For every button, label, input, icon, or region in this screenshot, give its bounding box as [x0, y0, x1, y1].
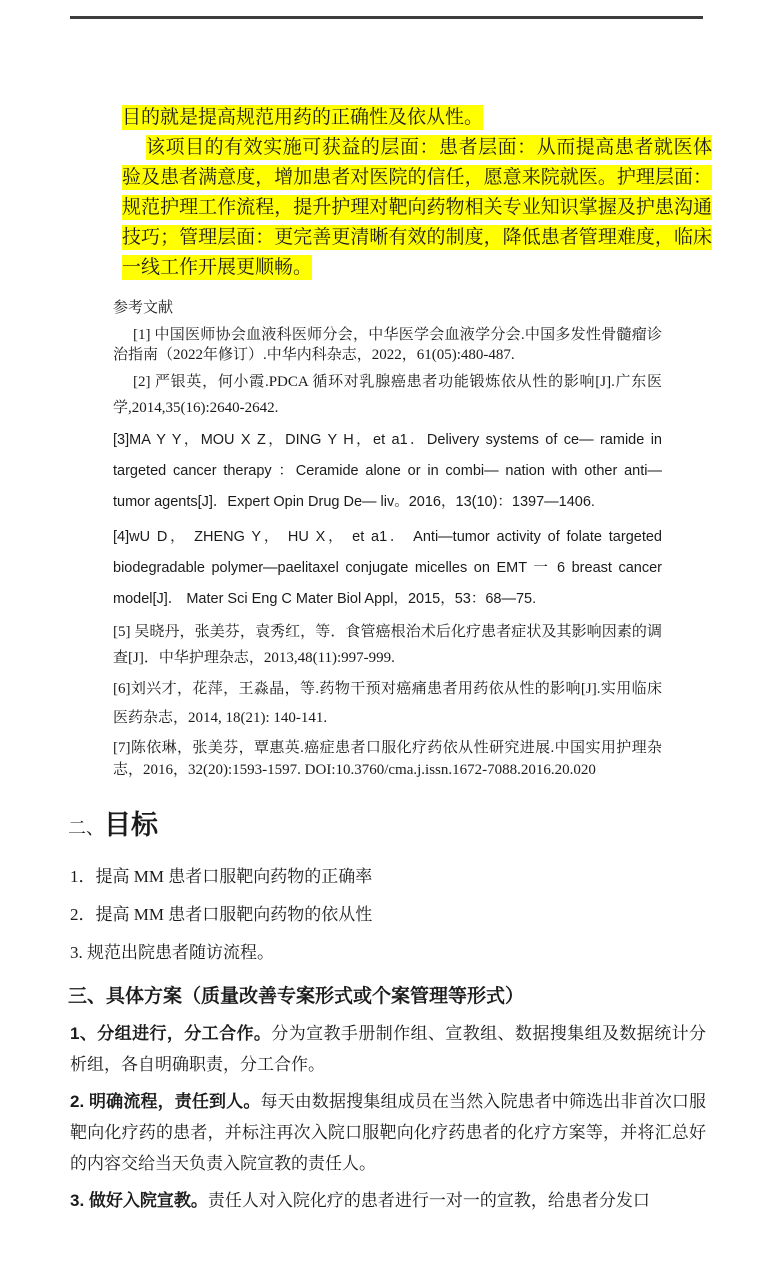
- reference-item-7: [7]陈依琳，张美芬，覃惠英.癌症患者口服化疗药依从性研究进展.中国实用护理杂志…: [113, 737, 662, 781]
- reference-item-3: [3]MA Y Y，MOU X Z，DING Y H，et a1．Deliver…: [113, 425, 662, 518]
- highlighted-line: 目的就是提高规范用药的正确性及依从性。: [122, 103, 712, 133]
- goals-heading-number: 二、: [68, 818, 104, 838]
- reference-item-6: [6]刘兴才，花萍，王淼晶，等.药物干预对癌痛患者用药依从性的影响[J].实用临…: [113, 675, 662, 733]
- highlight-text: 该项目的有效实施可获益的层面：患者层面：从而提高患者就医体验及患者满意度，增加患…: [122, 135, 712, 280]
- plan-item-3: 3. 做好入院宣教。责任人对入院化疗的患者进行一对一的宣教，给患者分发口: [70, 1185, 706, 1216]
- page-top-rule: [70, 16, 703, 19]
- goal-item-3: 3. 规范出院患者随访流程。: [70, 934, 704, 972]
- plan-item-2: 2. 明确流程，责任到人。每天由数据搜集组成员在当然入院患者中筛选出非首次口服靶…: [70, 1086, 706, 1179]
- plan-section: 三、具体方案（质量改善专案形式或个案管理等形式） 1、分组进行，分工合作。分为宣…: [0, 982, 774, 1216]
- plan-heading: 三、具体方案（质量改善专案形式或个案管理等形式）: [68, 982, 714, 1012]
- goals-heading: 二、目标: [68, 807, 774, 848]
- plan-item-2-lead: 2. 明确流程，责任到人。: [70, 1092, 260, 1111]
- highlighted-paragraph: 该项目的有效实施可获益的层面：患者层面：从而提高患者就医体验及患者满意度，增加患…: [122, 133, 712, 283]
- goals-section: 二、目标 1．提高 MM 患者口服靶向药物的正确率 2．提高 MM 患者口服靶向…: [0, 807, 774, 972]
- goals-heading-title: 目标: [104, 810, 158, 840]
- reference-item-5: [5] 吴晓丹，张美芬，袁秀红，等．食管癌根治术后化疗患者症状及其影响因素的调查…: [113, 619, 662, 671]
- goal-item-2: 2．提高 MM 患者口服靶向药物的依从性: [70, 896, 704, 934]
- reference-item-4: [4]wU D， ZHENG Y， HU X， et a1． Anti—tumo…: [113, 522, 662, 615]
- reference-item-2: [2] 严银英，何小霞.PDCA 循环对乳腺癌患者功能锻炼依从性的影响[J].广…: [113, 369, 662, 421]
- highlight-text: 目的就是提高规范用药的正确性及依从性。: [122, 105, 483, 130]
- plan-item-1: 1、分组进行，分工合作。分为宣教手册制作组、宣教组、数据搜集组及数据统计分析组，…: [70, 1018, 706, 1080]
- reference-item-1: [1] 中国医师协会血液科医师分会，中华医学会血液学分会.中国多发性骨髓瘤诊治指…: [113, 325, 662, 365]
- highlighted-intro-block: 目的就是提高规范用药的正确性及依从性。 该项目的有效实施可获益的层面：患者层面：…: [122, 103, 712, 283]
- references-section: 参考文献 [1] 中国医师协会血液科医师分会，中华医学会血液学分会.中国多发性骨…: [113, 297, 662, 781]
- references-heading: 参考文献: [113, 297, 662, 319]
- goal-item-1: 1．提高 MM 患者口服靶向药物的正确率: [70, 858, 704, 896]
- plan-item-3-text: 责任人对入院化疗的患者进行一对一的宣教，给患者分发口: [208, 1191, 650, 1210]
- plan-item-3-lead: 3. 做好入院宣教。: [70, 1191, 208, 1210]
- plan-item-1-lead: 1、分组进行，分工合作。: [70, 1024, 271, 1043]
